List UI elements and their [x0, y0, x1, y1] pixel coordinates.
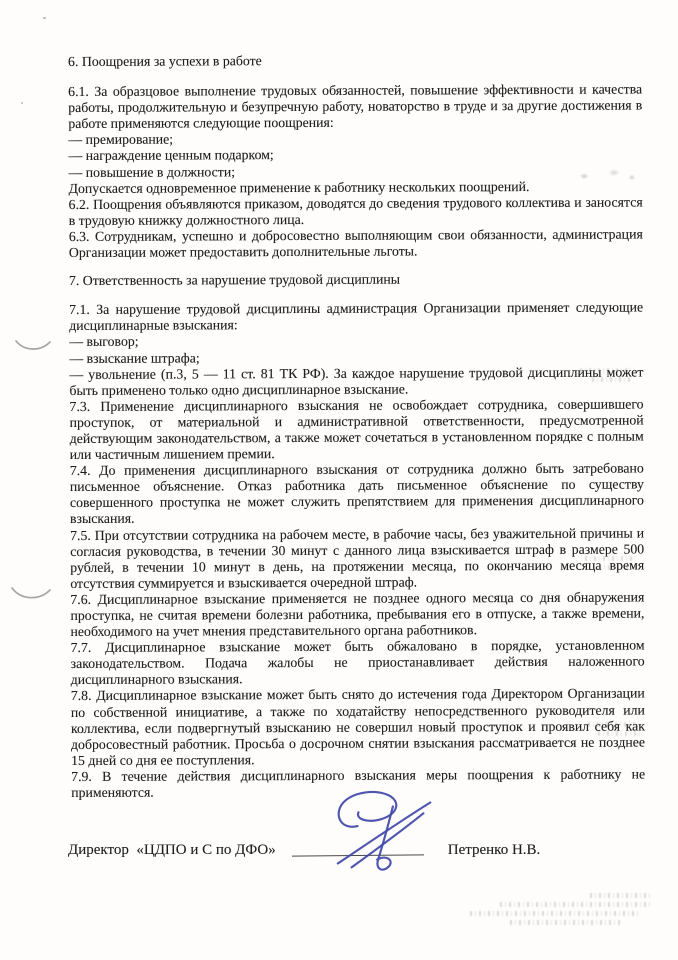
para-7-5: 7.5. При отсутствии сотрудника на рабоче… [70, 525, 644, 592]
document-body: 6. Поощрения за успехи в работе 6.1. За … [68, 51, 645, 801]
scanned-document-page: 6. Поощрения за успехи в работе 6.1. За … [0, 0, 678, 960]
scan-speck-1 [43, 17, 46, 19]
para-6-2: 6.2. Поощрения объявляются приказом, дов… [69, 194, 643, 229]
para-7-3: 7.3. Применение дисциплинарного взыскани… [70, 396, 644, 463]
list-item-dismissal: — увольнение (п.3, 5 — 11 ст. 81 ТК РФ).… [69, 364, 643, 399]
para-7-7: 7.7. Дисциплинарное взыскание может быть… [71, 638, 645, 689]
para-6-1: 6.1. За образцовое выполнение трудовых о… [68, 82, 642, 133]
para-7-6: 7.6. Дисциплинарное взыскание применяетс… [70, 589, 644, 640]
para-6-3: 6.3. Сотрудникам, успешно и добросовестн… [69, 226, 643, 261]
bleed-through-bottom-right [470, 893, 656, 929]
scan-speck-2 [21, 102, 23, 104]
para-7-1: 7.1. За нарушение трудовой дисциплины ад… [69, 300, 643, 335]
pen-checkmark-left-1 [13, 336, 53, 356]
para-7-4: 7.4. До применения дисциплинарного взыск… [70, 461, 644, 528]
signature-name: Петренко Н.В. [448, 842, 541, 859]
heading-section-6: 6. Поощрения за успехи в работе [68, 51, 642, 70]
signature-line [292, 853, 424, 856]
pen-checkmark-left-2 [9, 584, 53, 604]
para-7-8: 7.8. Дисциплинарное взыскание может быть… [71, 686, 645, 769]
para-7-9: 7.9. В течение действия дисциплинарного … [71, 766, 645, 801]
signature-title: Директор «ЦДПО и С по ДФО» [68, 842, 276, 859]
heading-section-7: 7. Ответственность за нарушение трудовой… [69, 271, 643, 290]
signature-row: Директор «ЦДПО и С по ДФО» Петренко Н.В. [68, 842, 658, 859]
